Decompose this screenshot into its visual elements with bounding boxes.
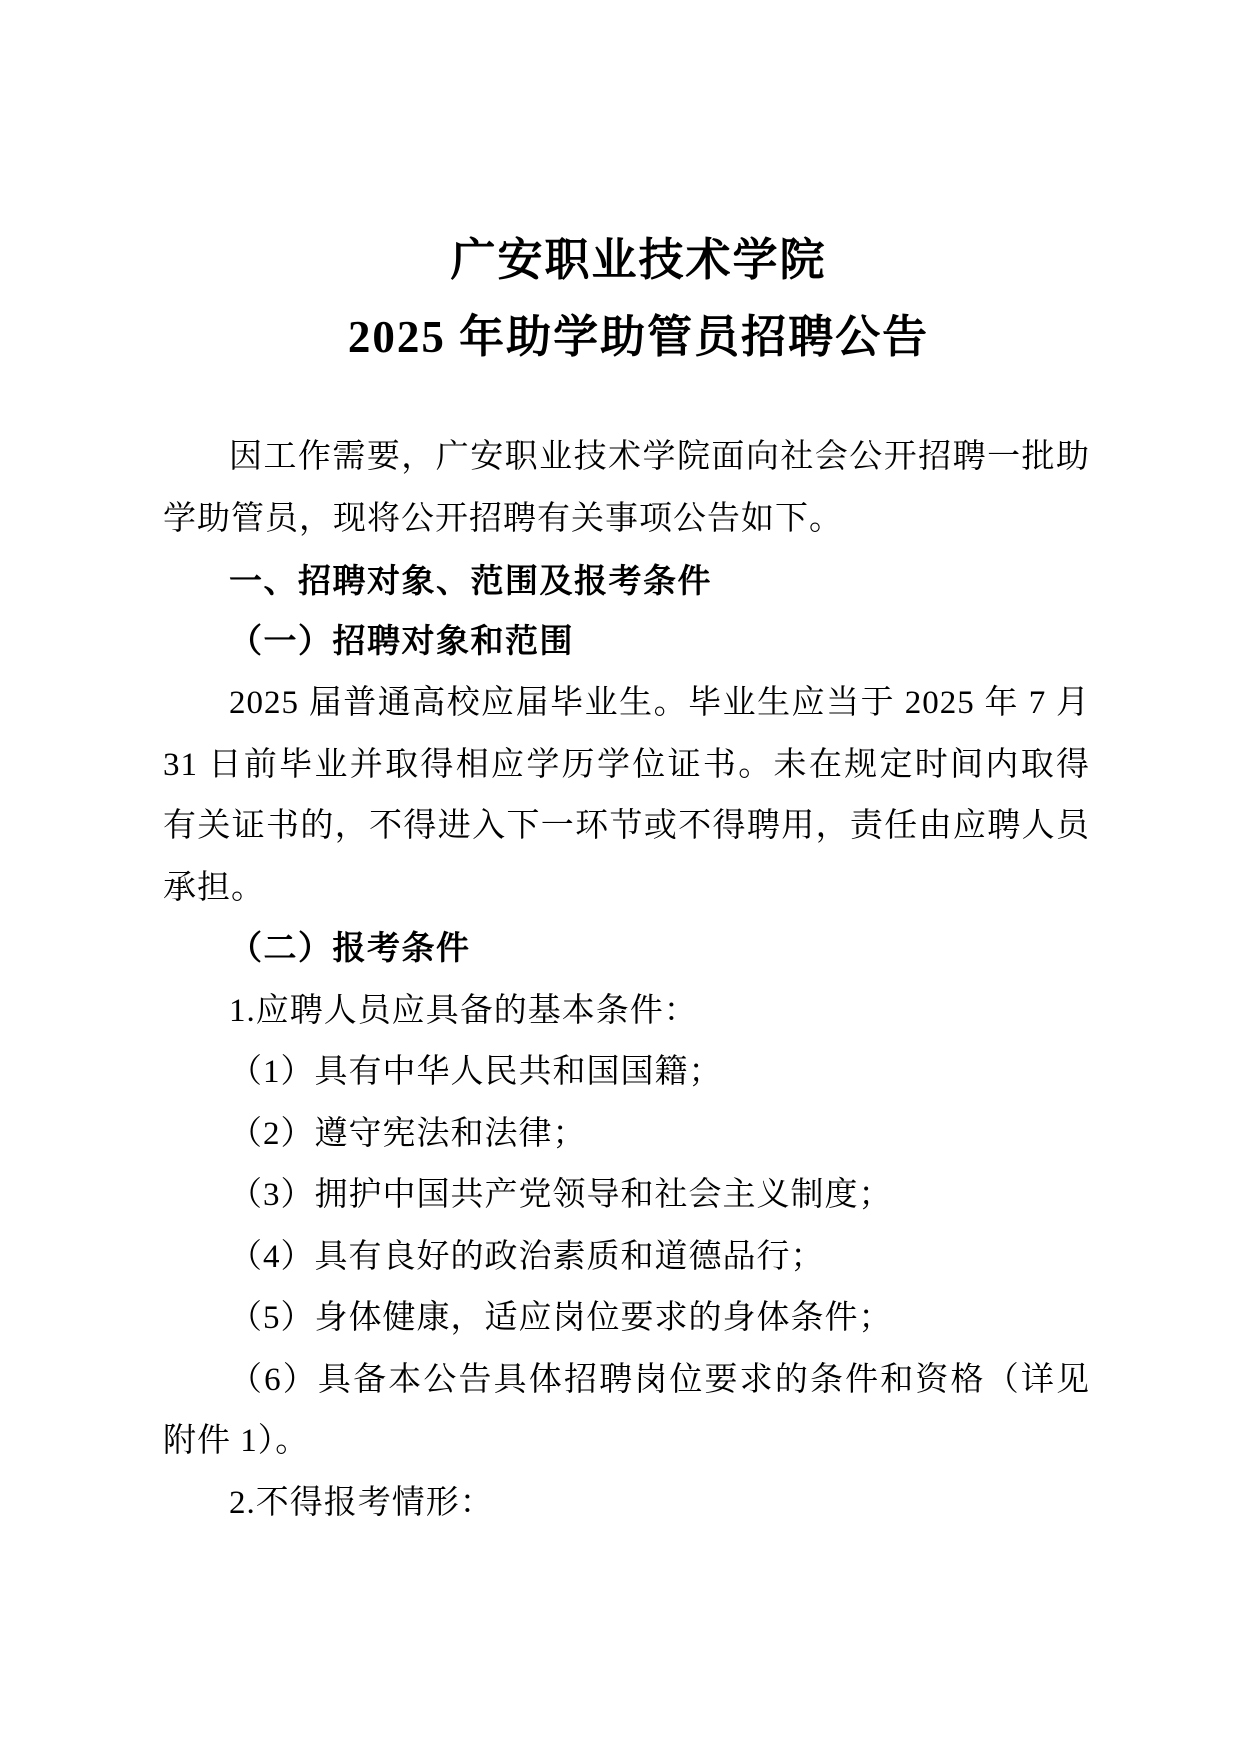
document-title: 广安职业技术学院 2025 年助学助管员招聘公告	[187, 222, 1090, 376]
title-line-1: 广安职业技术学院	[187, 222, 1090, 299]
document-page: 广安职业技术学院 2025 年助学助管员招聘公告 因工作需要，广安职业技术学院面…	[0, 0, 1240, 1753]
condition-item-1: （1）具有中华人民共和国国籍；	[163, 1042, 1090, 1104]
condition-item-4: （4）具有良好的政治素质和道德品行；	[163, 1227, 1090, 1289]
title-line-2: 2025 年助学助管员招聘公告	[187, 299, 1090, 376]
condition-item-2: （2）遵守宪法和法律；	[163, 1104, 1090, 1166]
intro-paragraph: 因工作需要，广安职业技术学院面向社会公开招聘一批助学助管员，现将公开招聘有关事项…	[163, 427, 1090, 550]
condition-item-6: （6）具备本公告具体招聘岗位要求的条件和资格（详见附件 1）。	[163, 1350, 1090, 1473]
section-1-heading: 一、招聘对象、范围及报考条件	[163, 550, 1090, 612]
condition-item-3: （3）拥护中国共产党领导和社会主义制度；	[163, 1165, 1090, 1227]
section-1-1-heading: （一）招聘对象和范围	[163, 612, 1090, 674]
section-1-2-heading: （二）报考条件	[163, 919, 1090, 981]
condition-item-5: （5）身体健康，适应岗位要求的身体条件；	[163, 1288, 1090, 1350]
basic-conditions-lead: 1.应聘人员应具备的基本条件：	[163, 981, 1090, 1043]
scope-paragraph: 2025 届普通高校应届毕业生。毕业生应当于 2025 年 7 月 31 日前毕…	[163, 673, 1090, 919]
not-eligible-lead: 2.不得报考情形：	[163, 1473, 1090, 1535]
document-body: 因工作需要，广安职业技术学院面向社会公开招聘一批助学助管员，现将公开招聘有关事项…	[163, 427, 1090, 1534]
